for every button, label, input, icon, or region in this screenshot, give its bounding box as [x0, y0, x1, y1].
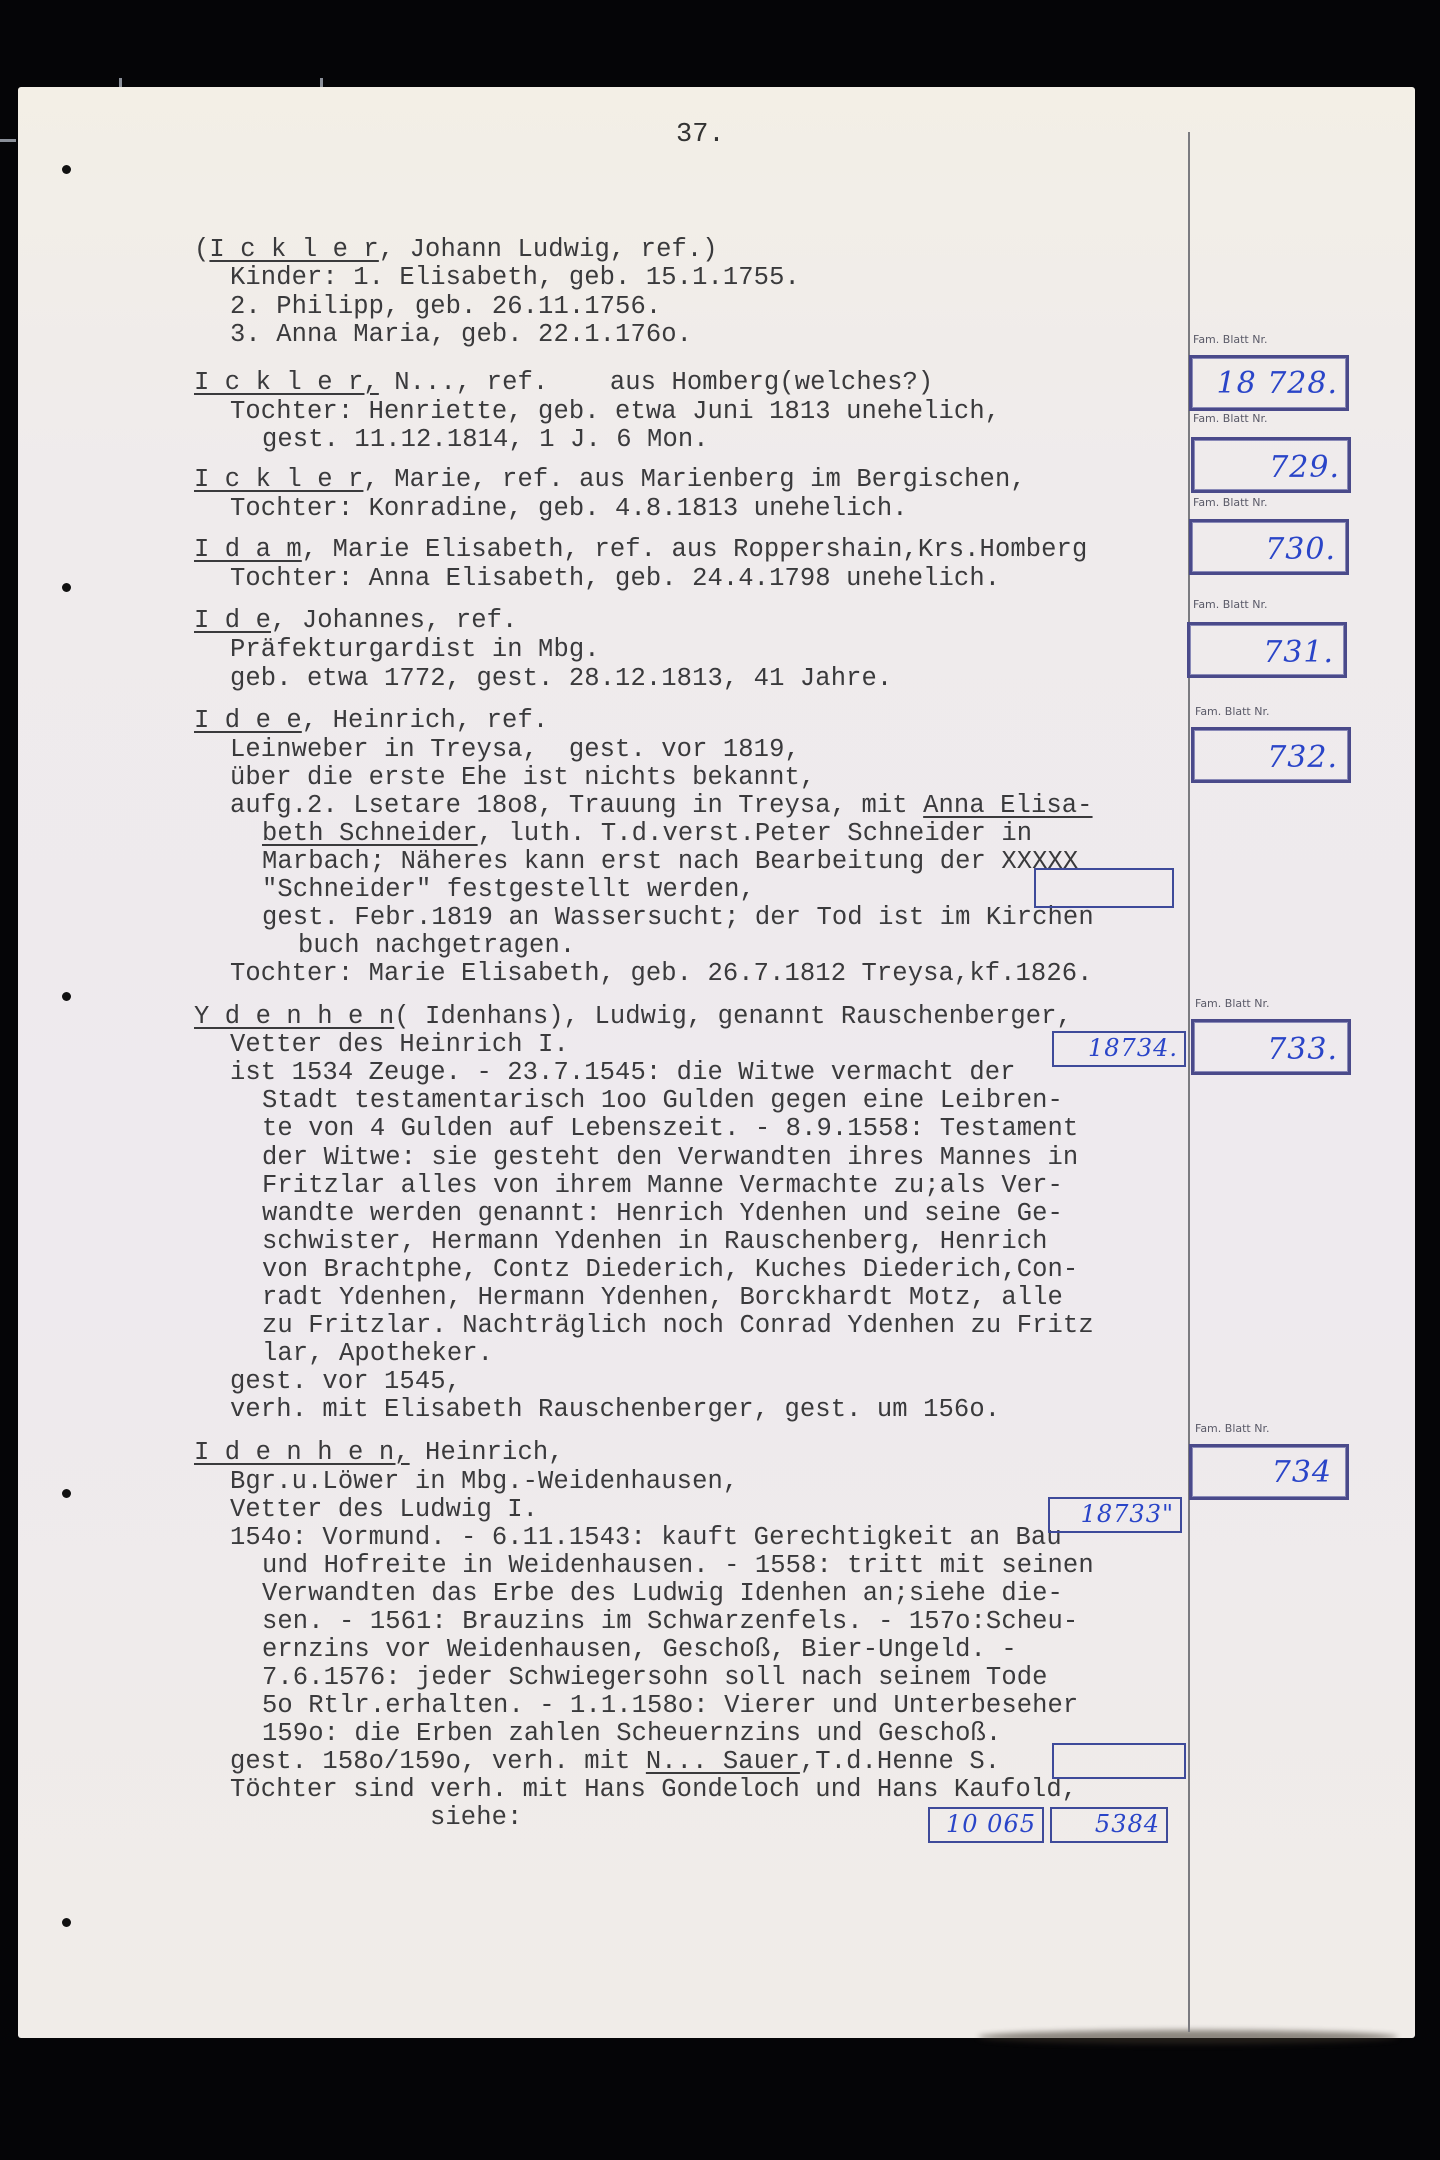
entry-heading: I c k l e r, N..., ref. aus Homberg(welc… [194, 369, 933, 397]
entry-line: buch nachgetragen. [298, 932, 575, 960]
entry-heading: Y d e n h e n( Idenhans), Ludwig, genann… [194, 1003, 1072, 1031]
surname: I d e n h e n, [194, 1438, 410, 1467]
page-number: 37. [676, 120, 725, 150]
punch-hole-mark [62, 1918, 71, 1927]
fam-blatt-stamp: 731. [1187, 622, 1347, 678]
entry-line: ernzins vor Weidenhausen, Geschoß, Bier-… [262, 1636, 1017, 1664]
see-reference-box: 10 065 [928, 1807, 1044, 1843]
surname: I c k l e r, [194, 368, 379, 397]
entry-line: und Hofreite in Weidenhausen. - 1558: tr… [262, 1552, 1094, 1580]
empty-reference-box [1052, 1743, 1186, 1779]
entry-line: Stadt testamentarisch 1oo Gulden gegen e… [262, 1087, 1063, 1115]
entry-line: gest. 11.12.1814, 1 J. 6 Mon. [262, 426, 709, 454]
entry-line: schwister, Hermann Ydenhen in Rauschenbe… [262, 1228, 1048, 1256]
entry-line: gest. Febr.1819 an Wassersucht; der Tod … [262, 904, 1094, 932]
punch-hole-mark [62, 583, 71, 592]
entry-line: aufg.2. Lsetare 18o8, Trauung in Treysa,… [230, 792, 1093, 820]
entry-line: wandte werden genannt: Henrich Ydenhen u… [262, 1200, 1063, 1228]
entry-heading: I d e n h e n, Heinrich, [194, 1439, 564, 1467]
handwritten-ref: 5384 [1052, 1809, 1166, 1839]
fam-blatt-number: 730. [1265, 532, 1336, 567]
entry-line: Tochter: Konradine, geb. 4.8.1813 unehel… [230, 495, 908, 523]
fam-blatt-number: 733. [1267, 1032, 1338, 1067]
fam-blatt-stamp: 730. [1189, 519, 1349, 575]
entry-line: gest. 158o/159o, verh. mit N... Sauer,T.… [230, 1748, 1000, 1776]
entry-heading: I d e, Johannes, ref. [194, 607, 517, 635]
entry-line: gest. vor 1545, [230, 1368, 461, 1396]
entry-line: verh. mit Elisabeth Rauschenberger, gest… [230, 1396, 1000, 1424]
entry-line: von Brachtphe, Contz Diederich, Kuches D… [262, 1256, 1078, 1284]
punch-hole-mark [62, 992, 71, 1001]
entry-line: "Schneider" festgestellt werden, [262, 876, 755, 904]
entry-line: lar, Apotheker. [262, 1340, 493, 1368]
entry-line: Kinder: 1. Elisabeth, geb. 15.1.1755. [230, 264, 800, 292]
fam-blatt-number: 732. [1267, 740, 1338, 775]
empty-reference-box [1034, 868, 1174, 908]
entry-line: sen. - 1561: Brauzins im Schwarzenfels. … [262, 1608, 1078, 1636]
stamp-label: Fam. Blatt Nr. [1195, 705, 1269, 718]
surname: I d a m [194, 535, 302, 564]
entry-line: Tochter: Anna Elisabeth, geb. 24.4.1798 … [230, 565, 1000, 593]
punch-hole-mark [62, 1489, 71, 1498]
scan-tick [119, 78, 122, 87]
handwritten-ref: 18733" [1050, 1499, 1180, 1529]
handwritten-ref: 18734. [1054, 1033, 1184, 1063]
fam-blatt-number: 731. [1263, 635, 1334, 670]
entry-line: Tochter: Henriette, geb. etwa Juni 1813 … [230, 398, 1000, 426]
entry-line: 5o Rtlr.erhalten. - 1.1.158o: Vierer und… [262, 1692, 1078, 1720]
entry-line: Töchter sind verh. mit Hans Gondeloch un… [230, 1776, 1077, 1804]
entry-line: zu Fritzlar. Nachträglich noch Conrad Yd… [262, 1312, 1094, 1340]
entry-line: ist 1534 Zeuge. - 23.7.1545: die Witwe v… [230, 1059, 1016, 1087]
fam-blatt-number: 734 [1272, 1455, 1332, 1490]
stamp-label: Fam. Blatt Nr. [1193, 496, 1267, 509]
entry-line: Verwandten das Erbe des Ludwig Idenhen a… [262, 1580, 1063, 1608]
fam-blatt-stamp: 732. [1191, 727, 1351, 783]
entry-line: Fritzlar alles von ihrem Manne Vermachte… [262, 1172, 1063, 1200]
fam-blatt-stamp: 733. [1191, 1019, 1351, 1075]
entry-line: te von 4 Gulden auf Lebenszeit. - 8.9.15… [262, 1115, 1078, 1143]
entry-heading: I c k l e r, Marie, ref. aus Marienberg … [194, 466, 1026, 494]
reference-box: 18733" [1048, 1497, 1182, 1533]
surname: I c k l e r [194, 465, 363, 494]
fam-blatt-number: 18 728. [1216, 366, 1338, 401]
surname: I c k l e r [209, 235, 378, 264]
entry-line: 7.6.1576: jeder Schwiegersohn soll nach … [262, 1664, 1048, 1692]
scan-tick [0, 139, 16, 142]
entry-heading: I d a m, Marie Elisabeth, ref. aus Roppe… [194, 536, 1087, 564]
stamp-label: Fam. Blatt Nr. [1193, 598, 1267, 611]
scan-tick [320, 78, 323, 87]
entry-line: Marbach; Näheres kann erst nach Bearbeit… [262, 848, 1078, 876]
entry-line: 3. Anna Maria, geb. 22.1.176o. [230, 321, 692, 349]
entry-line: Präfekturgardist in Mbg. [230, 636, 600, 664]
stamp-label: Fam. Blatt Nr. [1195, 1422, 1269, 1435]
entry-heading: I d e e, Heinrich, ref. [194, 707, 548, 735]
page-edge-shadow [978, 2030, 1398, 2044]
surname: I d e [194, 606, 271, 635]
surname: Y d e n h e n [194, 1002, 394, 1031]
entry-line: 159o: die Erben zahlen Scheuernzins und … [262, 1720, 1001, 1748]
margin-rule [1188, 132, 1190, 2032]
entry-heading: (I c k l e r, Johann Ludwig, ref.) [194, 236, 718, 264]
entry-line: Leinweber in Treysa, gest. vor 1819, [230, 736, 800, 764]
fam-blatt-number: 729. [1269, 450, 1340, 485]
document-page: 37. (I c k l e r, Johann Ludwig, ref.) K… [18, 87, 1415, 2038]
entry-line: der Witwe: sie gesteht den Verwandten ih… [262, 1144, 1078, 1172]
stamp-label: Fam. Blatt Nr. [1195, 997, 1269, 1010]
handwritten-ref: 10 065 [930, 1809, 1042, 1839]
fam-blatt-stamp: 729. [1191, 437, 1351, 493]
stamp-label: Fam. Blatt Nr. [1193, 333, 1267, 346]
punch-hole-mark [62, 165, 71, 174]
entry-line: Tochter: Marie Elisabeth, geb. 26.7.1812… [230, 960, 1093, 988]
reference-box: 18734. [1052, 1031, 1186, 1067]
surname: I d e e [194, 706, 302, 735]
entry-line: 154o: Vormund. - 6.11.1543: kauft Gerech… [230, 1524, 1062, 1552]
entry-line: siehe: [430, 1804, 522, 1832]
entry-line: über die erste Ehe ist nichts bekannt, [230, 764, 815, 792]
entry-line: Bgr.u.Löwer in Mbg.-Weidenhausen, [230, 1468, 738, 1496]
entry-line: Vetter des Heinrich I. [230, 1031, 569, 1059]
fam-blatt-stamp: 734 [1189, 1444, 1349, 1500]
fam-blatt-stamp: 18 728. [1189, 355, 1349, 411]
entry-line: geb. etwa 1772, gest. 28.12.1813, 41 Jah… [230, 665, 892, 693]
entry-line: beth Schneider, luth. T.d.verst.Peter Sc… [262, 820, 1032, 848]
entry-line: Vetter des Ludwig I. [230, 1496, 538, 1524]
entry-line: radt Ydenhen, Hermann Ydenhen, Borckhard… [262, 1284, 1063, 1312]
stamp-label: Fam. Blatt Nr. [1193, 412, 1267, 425]
entry-line: 2. Philipp, geb. 26.11.1756. [230, 293, 661, 321]
see-reference-box: 5384 [1050, 1807, 1168, 1843]
